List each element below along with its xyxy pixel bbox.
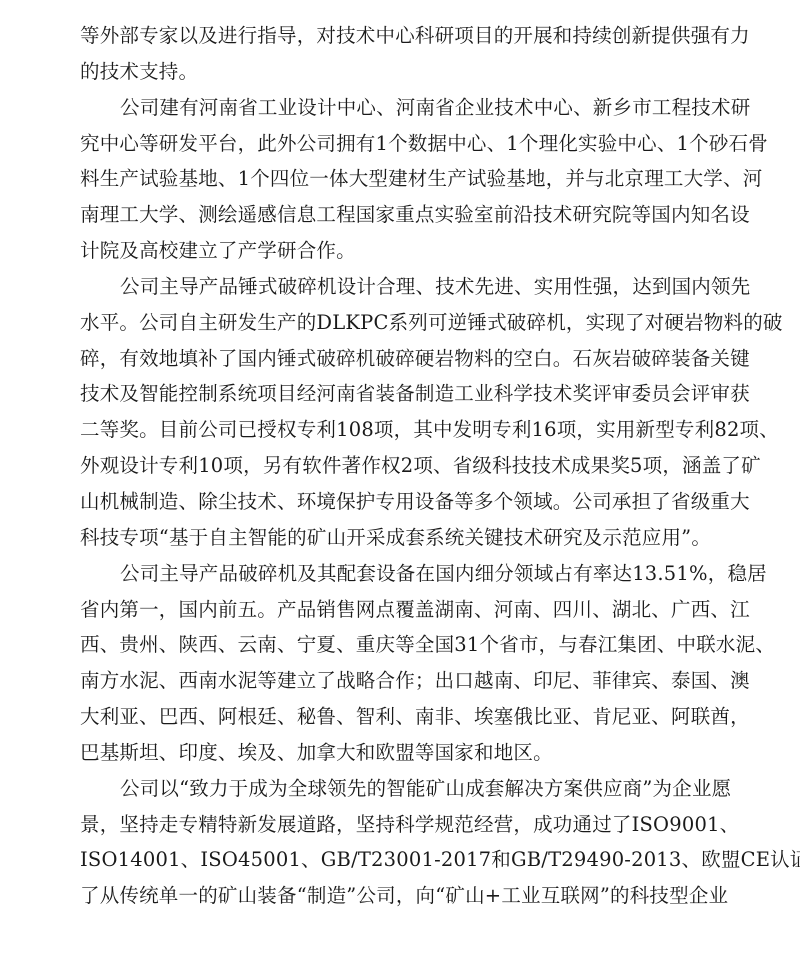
text-line: 省内第一，国内前五。产品销售网点覆盖湖南、河南、四川、湖北、广西、江 — [80, 592, 722, 628]
text-line: 大利亚、巴西、阿根廷、秘鲁、智利、南非、埃塞俄比亚、肯尼亚、阿联酋， — [80, 699, 722, 735]
paragraph-rd-platforms: 公司建有河南省工业设计中心、河南省企业技术中心、新乡市工程技术研 究中心等研发平… — [80, 90, 722, 269]
text-line: 了从传统单一的矿山装备“制造”公司，向“矿山+工业互联网”的科技型企业 — [80, 878, 722, 914]
text-line: 水平。公司自主研发生产的DLKPC系列可逆锤式破碎机，实现了对硬岩物料的破 — [80, 305, 722, 341]
text-line: 技术及智能控制系统项目经河南省装备制造工业科学技术奖评审委员会评审获 — [80, 376, 722, 412]
text-line: 科技专项“基于自主智能的矿山开采成套系统关键技术研究及示范应用”。 — [80, 520, 722, 556]
text-line: 等外部专家以及进行指导，对技术中心科研项目的开展和持续创新提供强有力 — [80, 18, 722, 54]
document-page: 等外部专家以及进行指导，对技术中心科研项目的开展和持续创新提供强有力 的技术支持… — [80, 18, 722, 914]
text-line: 公司主导产品锤式破碎机设计合理、技术先进、实用性强，达到国内领先 — [80, 269, 722, 305]
text-line: 计院及高校建立了产学研合作。 — [80, 233, 722, 269]
text-line: 景，坚持走专精特新发展道路，坚持科学规范经营，成功通过了ISO9001、 — [80, 807, 722, 843]
text-line: 公司建有河南省工业设计中心、河南省企业技术中心、新乡市工程技术研 — [80, 90, 722, 126]
text-line: 公司主导产品破碎机及其配套设备在国内细分领域占有率达13.51%，稳居 — [80, 556, 722, 592]
text-line: 二等奖。目前公司已授权专利108项，其中发明专利16项，实用新型专利82项、 — [80, 412, 722, 448]
text-line: 碎，有效地填补了国内锤式破碎机破碎硬岩物料的空白。石灰岩破碎装备关键 — [80, 341, 722, 377]
text-line: 南方水泥、西南水泥等建立了战略合作；出口越南、印尼、菲律宾、泰国、澳 — [80, 663, 722, 699]
text-line: ISO14001、ISO45001、GB/T23001-2017和GB/T294… — [80, 842, 722, 878]
text-line: 南理工大学、测绘遥感信息工程国家重点实验室前沿技术研究院等国内知名设 — [80, 197, 722, 233]
paragraph-tech-support-continuation: 等外部专家以及进行指导，对技术中心科研项目的开展和持续创新提供强有力 的技术支持… — [80, 18, 722, 90]
paragraph-vision-certifications: 公司以“致力于成为全球领先的智能矿山成套解决方案供应商”为企业愿 景，坚持走专精… — [80, 771, 722, 914]
text-line: 公司以“致力于成为全球领先的智能矿山成套解决方案供应商”为企业愿 — [80, 771, 722, 807]
text-line: 山机械制造、除尘技术、环境保护专用设备等多个领域。公司承担了省级重大 — [80, 484, 722, 520]
text-line: 究中心等研发平台，此外公司拥有1个数据中心、1个理化实验中心、1个砂石骨 — [80, 126, 722, 162]
paragraph-market-share-sales: 公司主导产品破碎机及其配套设备在国内细分领域占有率达13.51%，稳居 省内第一… — [80, 556, 722, 771]
text-line: 的技术支持。 — [80, 54, 722, 90]
text-line: 外观设计专利10项，另有软件著作权2项、省级科技技术成果奖5项，涵盖了矿 — [80, 448, 722, 484]
paragraph-main-products-patents: 公司主导产品锤式破碎机设计合理、技术先进、实用性强，达到国内领先 水平。公司自主… — [80, 269, 722, 556]
text-line: 巴基斯坦、印度、埃及、加拿大和欧盟等国家和地区。 — [80, 735, 722, 771]
text-line: 料生产试验基地、1个四位一体大型建材生产试验基地，并与北京理工大学、河 — [80, 161, 722, 197]
text-line: 西、贵州、陕西、云南、宁夏、重庆等全国31个省市，与春江集团、中联水泥、 — [80, 627, 722, 663]
